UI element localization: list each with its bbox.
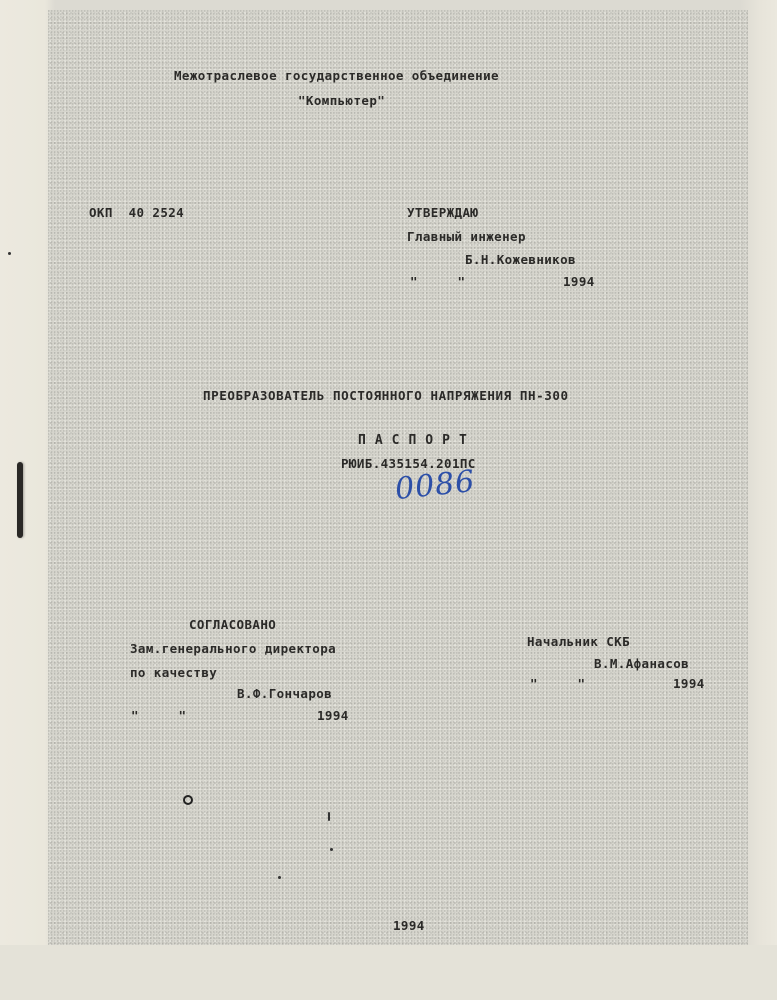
agreed-date-quotes: " " bbox=[131, 708, 186, 723]
copy-artifact-speck bbox=[8, 252, 11, 255]
agreed-position-line1: Зам.генерального директора bbox=[130, 641, 336, 656]
copy-artifact-speck bbox=[330, 848, 333, 851]
approval-heading: УТВЕРЖДАЮ bbox=[407, 205, 478, 220]
skb-head-name: В.М.Афанасов bbox=[594, 656, 689, 671]
document-title: ПРЕОБРАЗОВАТЕЛЬ ПОСТОЯННОГО НАПРЯЖЕНИЯ П… bbox=[203, 388, 569, 403]
approval-year: 1994 bbox=[563, 274, 595, 289]
agreed-heading: СОГЛАСОВАНО bbox=[189, 617, 276, 632]
copy-artifact-speck bbox=[278, 876, 281, 879]
agreed-year: 1994 bbox=[317, 708, 349, 723]
skb-head-year: 1994 bbox=[673, 676, 705, 691]
document-type: ПАСПОРТ bbox=[358, 433, 476, 448]
organization-name: Межотраслевое государственное объединени… bbox=[174, 68, 499, 83]
skb-head-position: Начальник СКБ bbox=[527, 634, 630, 649]
copy-artifact-speck bbox=[328, 812, 330, 821]
copy-artifact-ring bbox=[183, 795, 193, 805]
skb-head-date-quotes: " " bbox=[530, 676, 585, 691]
approval-name: Б.Н.Кожевников bbox=[465, 252, 576, 267]
binder-staple bbox=[17, 462, 23, 538]
okp-code: ОКП 40 2524 bbox=[89, 205, 184, 220]
organization-name-quoted: "Компьютер" bbox=[298, 93, 385, 108]
agreed-name: В.Ф.Гончаров bbox=[237, 686, 332, 701]
agreed-position-line2: по качеству bbox=[130, 665, 217, 680]
footer-year: 1994 bbox=[393, 918, 425, 933]
approval-position: Главный инженер bbox=[407, 229, 526, 244]
page-bottom-margin bbox=[0, 945, 777, 1000]
approval-date-quotes: " " bbox=[410, 274, 465, 289]
